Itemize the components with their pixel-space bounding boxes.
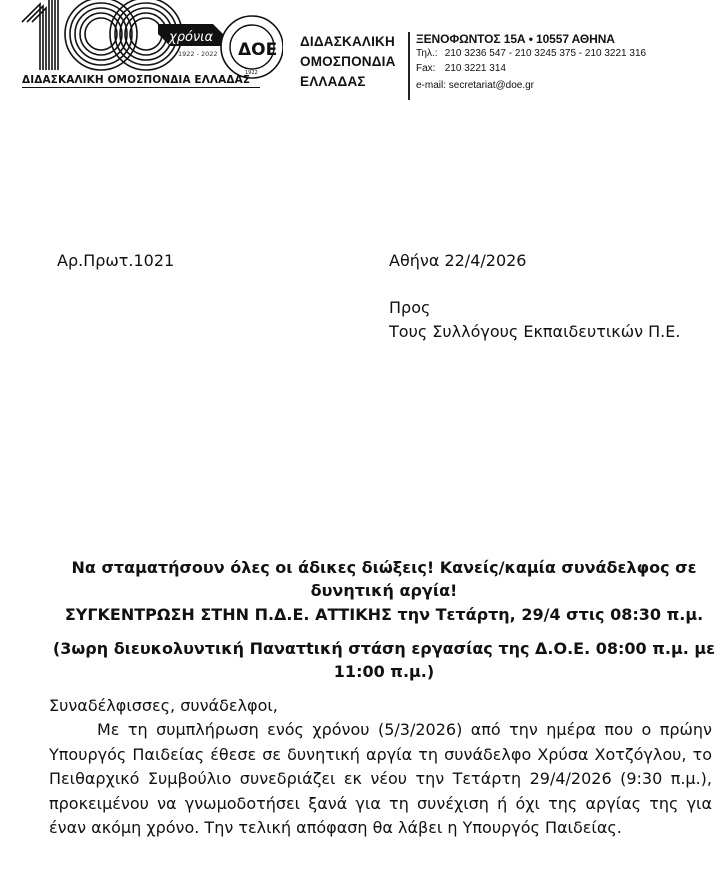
headline-work-stoppage: (3ωρη διευκολυντική Πανατtική στάση εργα…: [44, 637, 723, 683]
headline-demand: Να σταματήσουν όλες οι άδικες διώξεις! Κ…: [44, 556, 723, 602]
organization-name: ΔΙΔΑΣΚΑΛΙΚΗ ΟΜΟΣΠΟΝΔΙΑ ΕΛΛΑΔΑΣ: [300, 32, 396, 92]
greeting: Συναδέλφισσες, συνάδελφοι,: [49, 696, 278, 715]
contact-info: ΞΕΝΟΦΩΝΤΟΣ 15Α • 10557 ΑΘΗΝΑ Τηλ.: 210 3…: [416, 32, 646, 94]
fax-row: Fax: 210 3221 314: [416, 62, 646, 77]
address: ΞΕΝΟΦΩΝΤΟΣ 15Α • 10557 ΑΘΗΝΑ: [416, 32, 646, 47]
org-name-line: ΕΛΛΑΔΑΣ: [300, 72, 396, 92]
phone-numbers: 210 3236 547 - 210 3245 375 - 210 3221 3…: [445, 48, 646, 59]
fax-number: 210 3221 314: [445, 63, 506, 74]
svg-text:χρόνια: χρόνια: [168, 30, 214, 45]
svg-text:ΔΟΕ: ΔΟΕ: [238, 40, 277, 60]
letter-date: Αθήνα 22/4/2026: [389, 251, 526, 270]
logo-underline: [22, 87, 260, 88]
email-row: e-mail: secretariat@doe.gr: [416, 79, 646, 94]
phone-row: Τηλ.: 210 3236 547 - 210 3245 375 - 210 …: [416, 47, 646, 62]
body-paragraph: Με τη συμπλήρωση ενός χρόνου (5/3/2026) …: [49, 718, 712, 841]
recipient: Τους Συλλόγους Εκπαιδευτικών Π.Ε.: [389, 322, 680, 341]
email-link[interactable]: secretariat@doe.gr: [449, 80, 534, 91]
fax-label: Fax:: [416, 62, 442, 77]
email-label: e-mail:: [416, 80, 446, 91]
logo-caption: ΔΙΔΑΣΚΑΛΙΚΗ ΟΜΟΣΠΟΝΔΙΑ ΕΛΛΑΔΑΣ: [22, 74, 250, 86]
header-divider: [408, 32, 410, 100]
svg-text:1922 - 2022: 1922 - 2022: [178, 50, 218, 58]
recipient-label: Προς: [389, 298, 430, 317]
phone-label: Τηλ.:: [416, 47, 442, 62]
org-name-line: ΟΜΟΣΠΟΝΔΙΑ: [300, 52, 396, 72]
protocol-number: Αρ.Πρωτ.1021: [57, 251, 174, 270]
headline-gathering: ΣΥΓΚΕΝΤΡΩΣΗ ΣΤΗΝ Π.Δ.Ε. ΑΤΤΙΚΗΣ την Τετά…: [44, 603, 723, 626]
org-name-line: ΔΙΔΑΣΚΑΛΙΚΗ: [300, 32, 396, 52]
